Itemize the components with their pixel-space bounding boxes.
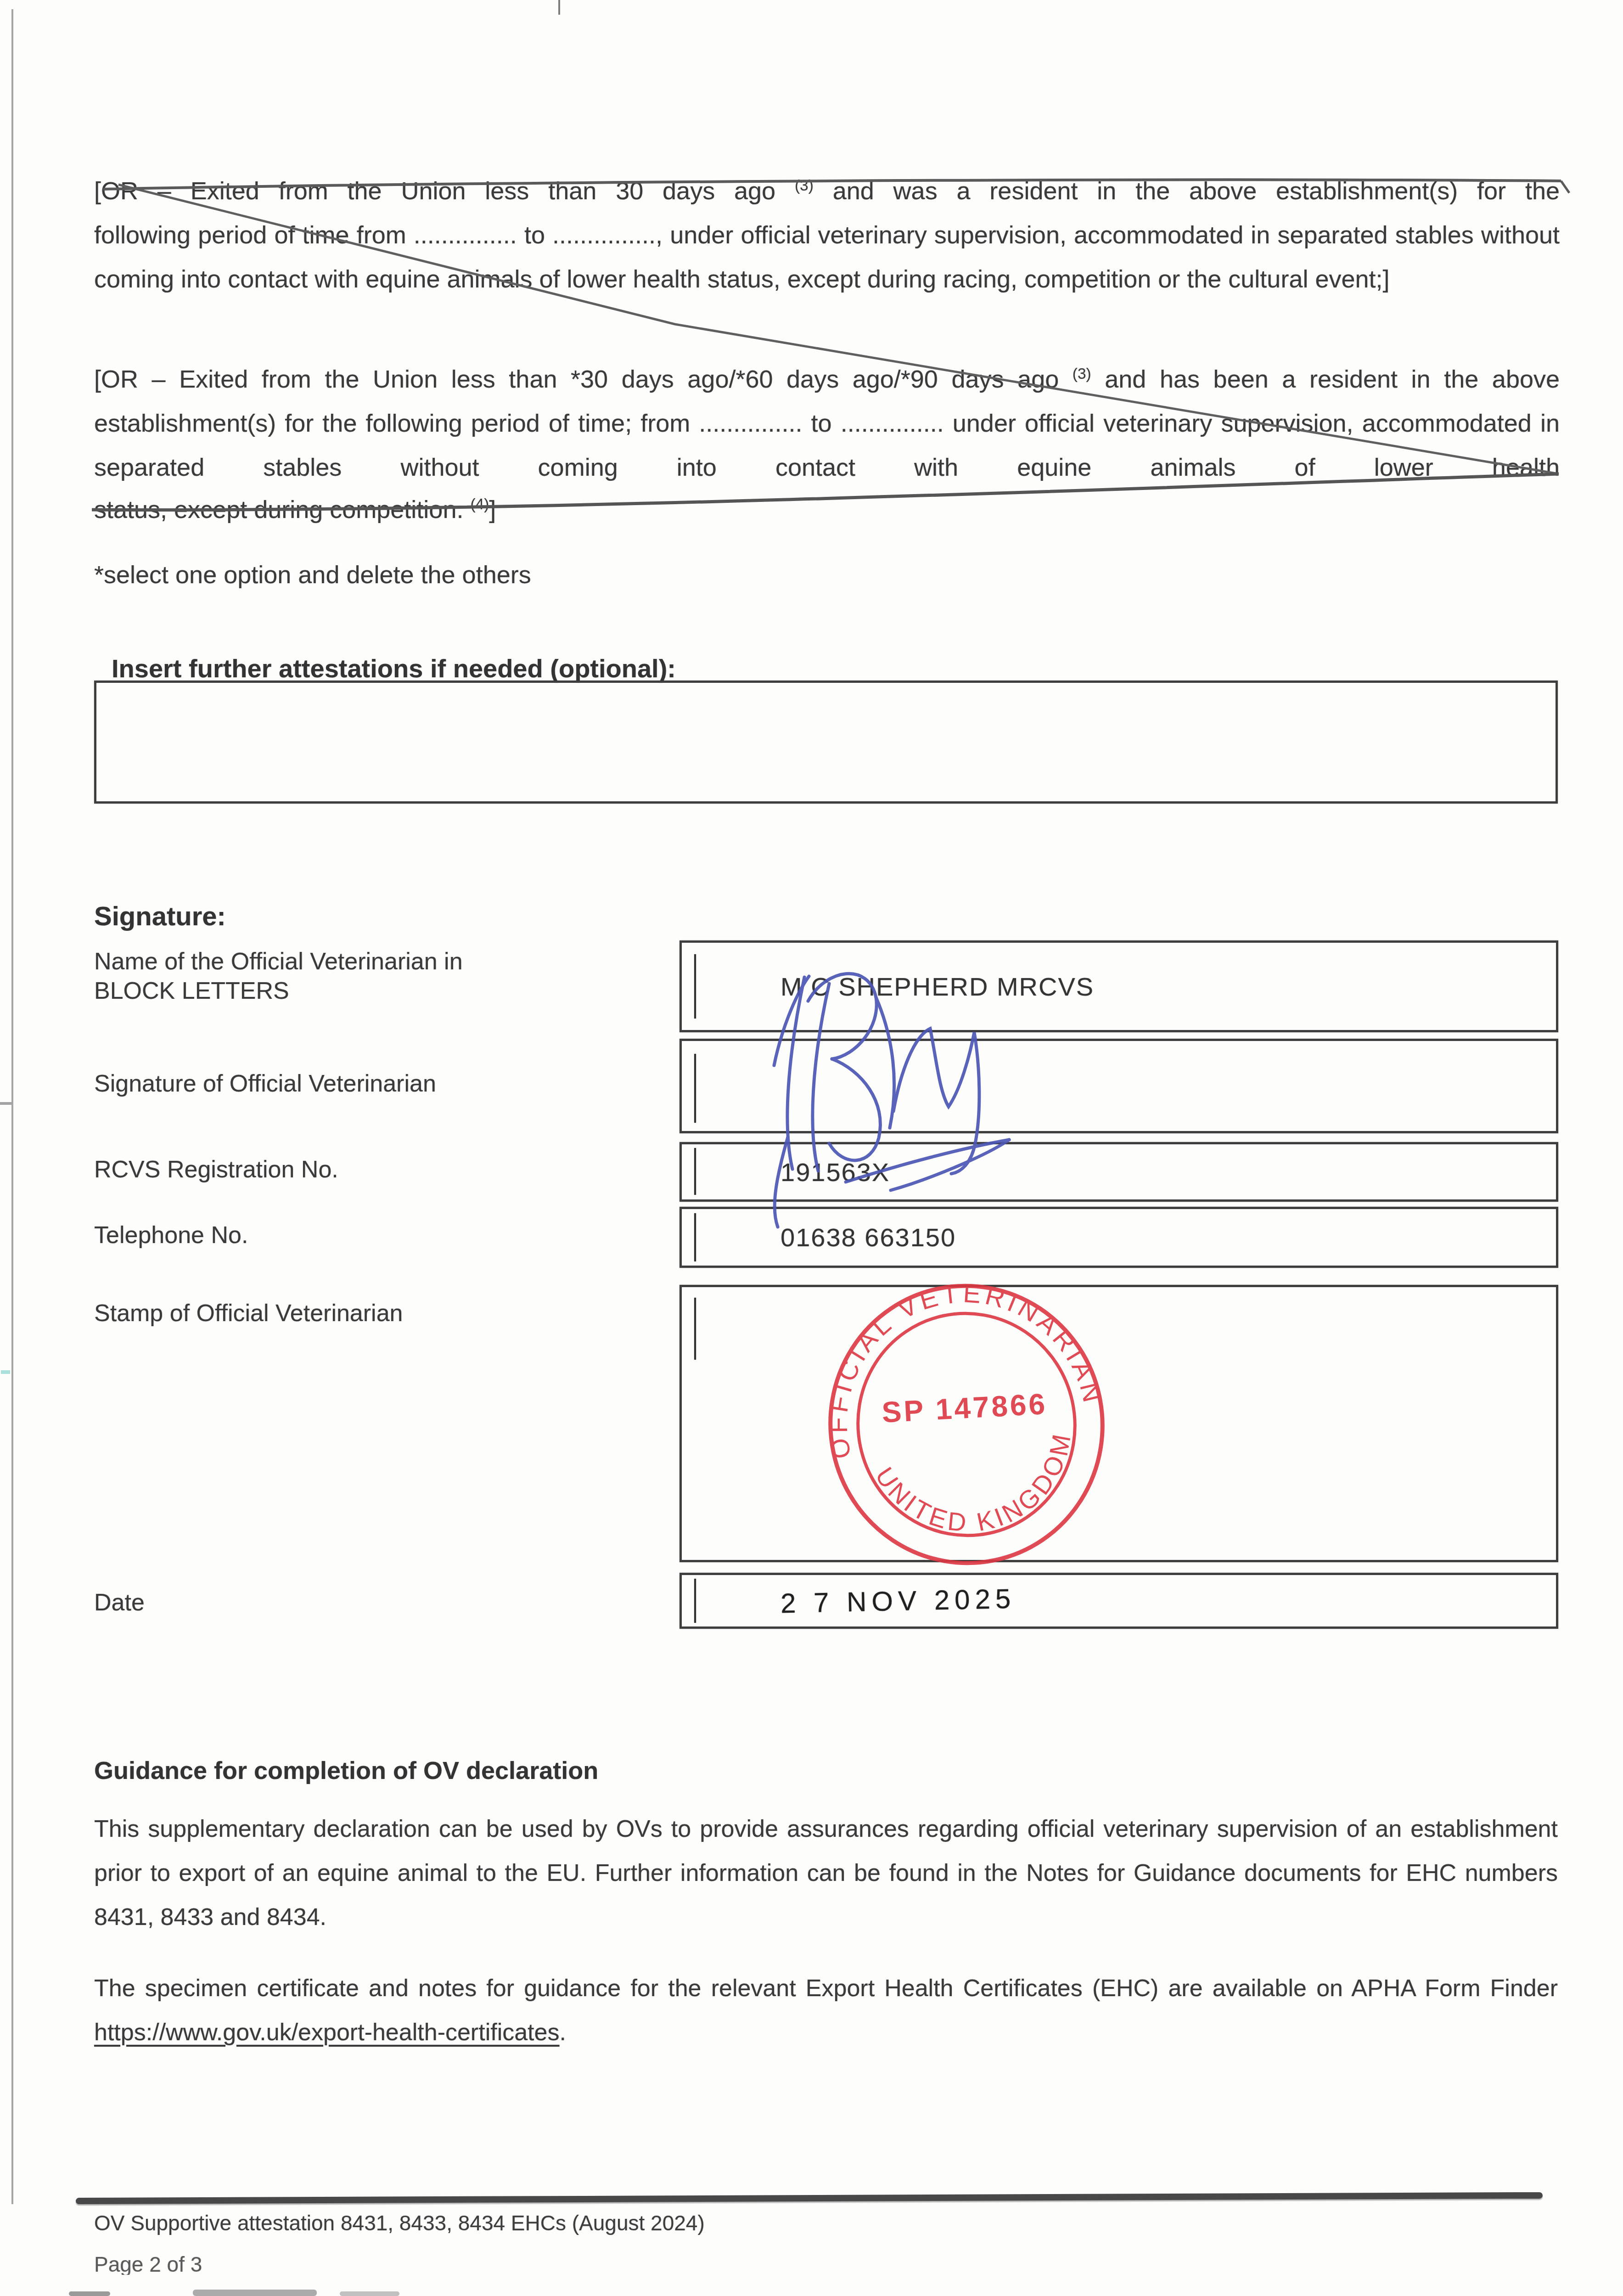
strikethrough-line-1-hook — [1561, 181, 1569, 193]
stamp-field-tick — [694, 1298, 696, 1360]
scan-smudge-bottom-2 — [340, 2291, 399, 2296]
signature-field-tick — [694, 1054, 696, 1123]
or-option-2-body: [OR – Exited from the Union less than *3… — [94, 357, 1560, 490]
or-option-2-struck-line: status, except during competition. (4)] — [94, 488, 1560, 532]
footnote-3-marker: (3) — [795, 177, 814, 194]
or1-line1-tail: and was a resident in the above establis… — [814, 177, 1560, 205]
stamp-label: Stamp of Official Veterinarian — [94, 1299, 599, 1328]
footer-page-number-clip: Page 2 of 3 — [94, 2251, 461, 2275]
scan-smudge-bottom-3 — [69, 2291, 110, 2296]
telephone-label: Telephone No. — [94, 1221, 599, 1250]
date-label: Date — [94, 1588, 461, 1617]
export-health-certificates-link[interactable]: https://www.gov.uk/export-health-certifi… — [94, 2019, 559, 2046]
guidance-p2-text: The specimen certificate and notes for g… — [94, 1975, 1558, 2002]
signature-label: Signature of Official Veterinarian — [94, 1069, 599, 1098]
signature-field-box — [680, 1039, 1558, 1133]
select-option-note: *select one option and delete the others — [94, 553, 1288, 597]
footnote-3-marker-2: (3) — [1073, 366, 1091, 383]
telephone-field-tick — [694, 1213, 696, 1261]
name-field-tick — [694, 954, 696, 1019]
scan-smudge-bottom-1 — [193, 2290, 317, 2296]
name-value: M C SHEPHERD MRCVS — [781, 940, 1094, 1032]
or-option-1-body: following period of time from ..........… — [94, 213, 1560, 301]
scan-mark-left-2 — [1, 1370, 10, 1374]
guidance-heading: Guidance for completion of OV declaratio… — [94, 1749, 598, 1793]
signature-heading: Signature: — [94, 895, 226, 939]
footer-page-number: Page 2 of 3 — [94, 2251, 461, 2275]
name-label: Name of the Official Veterinarian in BLO… — [94, 947, 549, 1006]
attestations-input-box — [94, 681, 1558, 804]
footnote-4-marker: (4) — [470, 496, 489, 513]
rcvs-value: 191563X — [781, 1142, 890, 1202]
date-stamp-value: 2 7 NOV 2025 — [780, 1570, 1016, 1632]
or-option-1-line1: [OR – Exited from the Union less than 30… — [94, 169, 1560, 213]
footer-rule — [76, 2192, 1543, 2204]
or2-struck-text: status, except during competition. — [94, 496, 470, 523]
scan-mark-top — [558, 0, 560, 15]
footer-attestation-reference: OV Supportive attestation 8431, 8433, 84… — [94, 2210, 1288, 2236]
or2-struck-tail: ] — [489, 496, 496, 523]
guidance-paragraph-1: This supplementary declaration can be us… — [94, 1807, 1558, 1939]
or2-body-text: [OR – Exited from the Union less than *3… — [94, 366, 1073, 393]
scan-mark-left-1 — [0, 1102, 12, 1105]
rcvs-field-tick — [694, 1148, 696, 1195]
guidance-p2-tail: . — [559, 2019, 566, 2046]
guidance-paragraph-2: The specimen certificate and notes for g… — [94, 1966, 1558, 2054]
scanned-document-page: [OR – Exited from the Union less than 30… — [0, 0, 1623, 2296]
rcvs-label: RCVS Registration No. — [94, 1155, 599, 1184]
date-field-tick — [694, 1579, 696, 1623]
stamp-field-box — [680, 1285, 1558, 1562]
telephone-value: 01638 663150 — [781, 1207, 956, 1268]
scan-edge-line — [11, 9, 13, 2204]
or1-line1-text: [OR – Exited from the Union less than 30… — [94, 177, 795, 205]
